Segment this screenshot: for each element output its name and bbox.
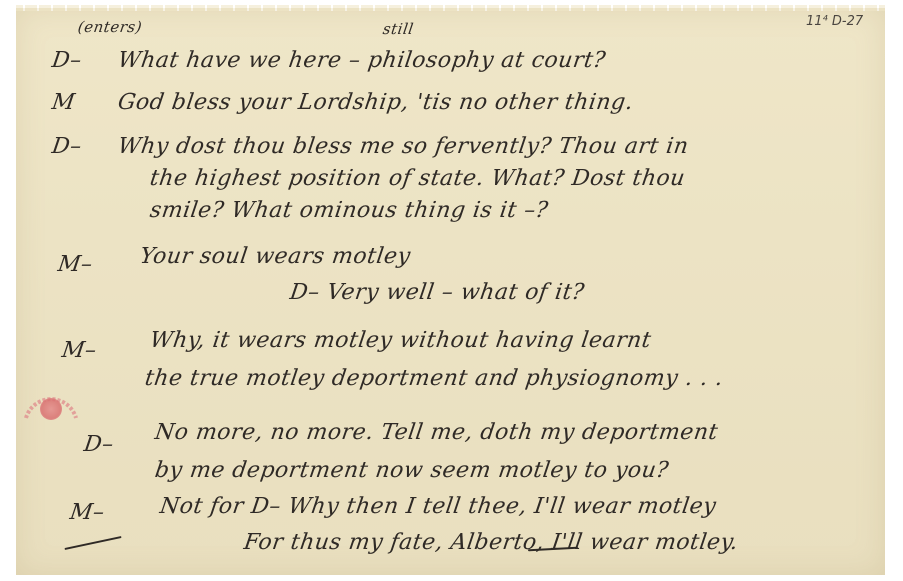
dialogue-line: No more, no more. Tell me, doth my depor… bbox=[153, 420, 719, 445]
speaker-mark: D– bbox=[82, 432, 115, 457]
dialogue-line: the highest position of state. What? Dos… bbox=[148, 166, 687, 191]
speaker-mark: M– bbox=[68, 500, 106, 525]
dialogue-line: smile? What ominous thing is it –? bbox=[148, 198, 550, 223]
dialogue-line: Your soul wears motley bbox=[138, 244, 412, 269]
dialogue-line: the true motley deportment and physiogno… bbox=[143, 366, 725, 391]
speaker-mark: D– bbox=[50, 134, 83, 159]
dialogue-line: Why dost thou bless me so fervently? Tho… bbox=[116, 134, 690, 159]
dialogue-line: Why, it wears motley without having lear… bbox=[148, 328, 653, 353]
dialogue-line: God bless your Lordship, 'tis no other t… bbox=[116, 90, 635, 115]
dialogue-line: D– Very well – what of it? bbox=[288, 280, 586, 305]
library-stamp bbox=[20, 378, 82, 434]
speaker-mark: M– bbox=[56, 252, 94, 277]
marginal-note-enters: (enters) bbox=[77, 18, 144, 36]
speaker-mark: M bbox=[50, 90, 77, 115]
speaker-mark: M– bbox=[60, 338, 98, 363]
marginal-note-still: still bbox=[382, 20, 415, 38]
dialogue-line: by me deportment now seem motley to you? bbox=[153, 458, 670, 483]
dialogue-line: For thus my fate, Alberto, I'll wear mot… bbox=[242, 530, 740, 555]
dialogue-line: Not for D– Why then I tell thee, I'll we… bbox=[158, 494, 718, 519]
catalog-mark: 11⁴ D-27 bbox=[806, 14, 863, 29]
stamp-seal-icon bbox=[40, 398, 62, 420]
dialogue-line: What have we here – philosophy at court? bbox=[116, 48, 607, 73]
speaker-mark: D– bbox=[50, 48, 83, 73]
